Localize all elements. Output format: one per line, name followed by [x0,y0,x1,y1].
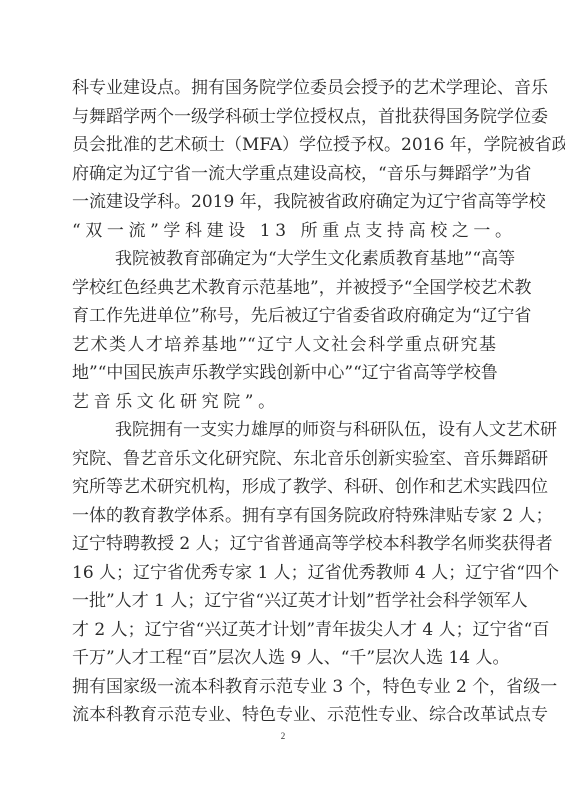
document-page: 科专业建设点。拥有国务院学位委员会授予的艺术学理论、音乐 与舞蹈学两个一级学科硕… [0,0,565,800]
text-line: 拥有国家级一流本科教育示范专业 3 个，特色专业 2 个，省级一 [72,673,496,702]
text-line: 学校红色经典艺术教育示范基地”，并被授予“全国学校艺术教 [72,274,496,303]
text-line: 与舞蹈学两个一级学科硕士学位授权点，首批获得国务院学位委 [72,103,496,132]
text-line: 我院被教育部确定为“大学生文化素质教育基地”“高等 [72,245,496,274]
text-line: 科专业建设点。拥有国务院学位委员会授予的艺术学理论、音乐 [72,74,496,103]
text-line: “双一流”学科建设 13 所重点支持高校之一。 [72,217,496,246]
body-text: 科专业建设点。拥有国务院学位委员会授予的艺术学理论、音乐 与舞蹈学两个一级学科硕… [72,74,496,730]
text-line: 府确定为辽宁省一流大学重点建设高校，“音乐与舞蹈学”为省 [72,160,496,189]
text-line: 一体的教育教学体系。拥有享有国务院政府特殊津贴专家 2 人； [72,502,496,531]
text-line: 艺术类人才培养基地”“辽宁人文社会科学重点研究基 [72,331,496,360]
text-line: 流本科教育示范专业、特色专业、示范性专业、综合改革试点专 [72,701,496,730]
text-line: 一流建设学科。2019 年，我院被省政府确定为辽宁省高等学校 [72,188,496,217]
text-line: 一批”人才 1 人；辽宁省“兴辽英才计划”哲学社会科学领军人 [72,587,496,616]
page-number: 2 [278,731,288,741]
text-line: 员会批准的艺术硕士（MFA）学位授予权。2016 年，学院被省政 [72,131,496,160]
text-line: 育工作先进单位”称号，先后被辽宁省委省政府确定为“辽宁省 [72,302,496,331]
text-line: 16 人；辽宁省优秀专家 1 人；辽省优秀教师 4 人；辽宁省“四个 [72,559,496,588]
text-line: 我院拥有一支实力雄厚的师资与科研队伍，设有人文艺术研 [72,416,496,445]
text-line: 艺音乐文化研究院”。 [72,388,496,417]
text-line: 才 2 人；辽宁省“兴辽英才计划”青年拔尖人才 4 人；辽宁省“百 [72,616,496,645]
text-line: 千万”人才工程“百”层次人选 9 人、“千”层次人选 14 人。 [72,644,496,673]
text-line: 地”“中国民族声乐教学实践创新中心”“辽宁省高等学校鲁 [72,359,496,388]
text-line: 辽宁特聘教授 2 人；辽宁省普通高等学校本科教学名师奖获得者 [72,530,496,559]
text-line: 究所等艺术研究机构，形成了教学、科研、创作和艺术实践四位 [72,473,496,502]
text-line: 究院、鲁艺音乐文化研究院、东北音乐创新实验室、音乐舞蹈研 [72,445,496,474]
